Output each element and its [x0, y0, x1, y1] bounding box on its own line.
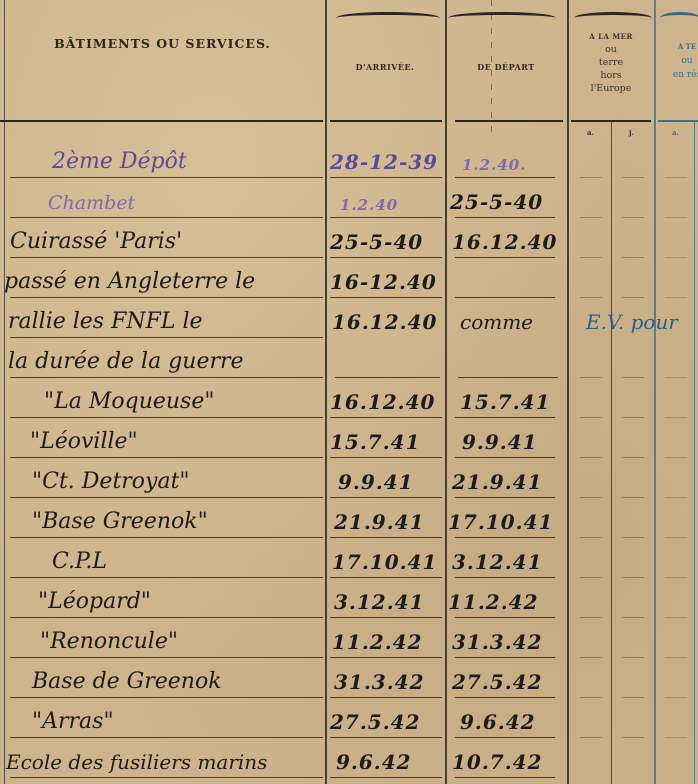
row-arrivee: 11.2.42	[332, 630, 423, 654]
header-batiments-services: BÂTIMENTS OU SERVICES.	[0, 36, 325, 51]
header-mer-line4: hors	[567, 69, 655, 82]
row-depart: 31.3.42	[452, 630, 543, 654]
header-mer-line2: ou	[567, 43, 655, 56]
record-row: "Renoncule" 11.2.42 31.3.42	[0, 618, 698, 658]
record-row: "La Moqueuse" 16.12.40 15.7.41	[0, 378, 698, 418]
row-arrivee: 1.2.40	[340, 196, 398, 214]
row-depart: 11.2.42	[448, 590, 539, 614]
row-depart: 1.2.40.	[462, 156, 526, 174]
row-service: "Ct. Detroyat"	[32, 469, 190, 494]
row-depart: 16.12.40	[452, 230, 557, 254]
header-rule-5	[658, 120, 698, 122]
row-service: "Arras"	[32, 709, 114, 734]
row-service: rallie les FNFL le	[8, 309, 203, 334]
row-service: "Base Greenok"	[32, 509, 208, 534]
row-note: E.V. pour	[586, 310, 678, 334]
row-depart: 27.5.42	[452, 670, 543, 694]
service-record-page: BÂTIMENTS OU SERVICES. D'ARRIVÉE. DE DÉP…	[0, 0, 698, 784]
header-depart: DE DÉPART	[445, 62, 567, 72]
header-terre-line1: A TE	[657, 40, 698, 54]
row-arrivee: 28-12-39	[330, 150, 438, 174]
sub-label-mer-a: a.	[587, 128, 594, 137]
row-arrivee: 25-5-40	[330, 230, 423, 254]
row-arrivee: 17.10.41	[332, 550, 437, 574]
row-arrivee: 15.7.41	[330, 430, 421, 454]
row-depart: comme	[460, 310, 533, 334]
row-depart: 9.6.42	[460, 710, 536, 734]
row-arrivee: 9.9.41	[338, 470, 414, 494]
record-row: "Base Greenok" 21.9.41 17.10.41	[0, 498, 698, 538]
header-a-la-mer: A LA MER ou terre hors l'Europe	[567, 30, 655, 95]
row-depart: 15.7.41	[460, 390, 551, 414]
row-service: C.P.L	[52, 549, 107, 574]
sub-label-mer-j: j.	[629, 128, 634, 137]
header-terre-line3: en rés	[657, 68, 698, 82]
header-rule-1	[0, 120, 323, 122]
header-brace-right	[448, 12, 556, 18]
header-mer-line3: terre	[567, 56, 655, 69]
row-service: "Léopard"	[38, 589, 151, 614]
header-rule-2	[330, 120, 442, 122]
sub-label-terre-a: a.	[672, 128, 679, 137]
record-row: C.P.L 17.10.41 3.12.41	[0, 538, 698, 578]
row-arrivee: 16-12.40	[330, 270, 437, 294]
row-arrivee: 16.12.40	[332, 310, 437, 334]
row-service: Chambet	[48, 192, 135, 214]
row-service: "Léoville"	[30, 429, 138, 454]
row-service: Ecole des fusiliers marins	[6, 750, 267, 774]
record-row: rallie les FNFL le 16.12.40 comme E.V. p…	[0, 298, 698, 338]
record-row: la durée de la guerre	[0, 338, 698, 378]
record-row: Chambet 1.2.40 25-5-40	[0, 178, 698, 218]
header-terre-line2: ou	[657, 54, 698, 68]
record-row: "Léoville" 15.7.41 9.9.41	[0, 418, 698, 458]
row-service: "La Moqueuse"	[44, 389, 214, 414]
record-row: Cuirassé 'Paris' 25-5-40 16.12.40	[0, 218, 698, 258]
row-arrivee: 3.12.41	[334, 590, 425, 614]
row-service: "Renoncule"	[40, 629, 178, 654]
row-service: Cuirassé 'Paris'	[10, 229, 182, 254]
record-row: "Léopard" 3.12.41 11.2.42	[0, 578, 698, 618]
header-mer-line5: l'Europe	[567, 82, 655, 95]
header-brace-terre	[660, 12, 698, 18]
record-row: 2ème Dépôt 28-12-39 1.2.40.	[0, 138, 698, 178]
row-service: Base de Greenok	[32, 669, 222, 694]
header-a-terre: A TE ou en rés	[657, 40, 698, 82]
row-depart: 3.12.41	[452, 550, 543, 574]
row-depart: 10.7.42	[452, 750, 543, 774]
row-service: passé en Angleterre le	[4, 269, 255, 294]
header-brace-left	[336, 12, 440, 18]
row-depart: 21.9.41	[452, 470, 543, 494]
row-depart: 25-5-40	[450, 190, 543, 214]
header-mer-line1: A LA MER	[567, 30, 655, 43]
row-arrivee: 31.3.42	[334, 670, 425, 694]
row-depart: 9.9.41	[462, 430, 538, 454]
row-arrivee: 9.6.42	[336, 750, 412, 774]
record-row: passé en Angleterre le 16-12.40	[0, 258, 698, 298]
row-service: la durée de la guerre	[8, 349, 244, 374]
row-arrivee: 21.9.41	[334, 510, 425, 534]
record-row: "Ct. Detroyat" 9.9.41 21.9.41	[0, 458, 698, 498]
record-row: "Arras" 27.5.42 9.6.42	[0, 698, 698, 738]
row-arrivee: 27.5.42	[330, 710, 421, 734]
header-rule-3	[455, 120, 563, 122]
header-arrivee: D'ARRIVÉE.	[325, 62, 445, 72]
row-service: 2ème Dépôt	[52, 149, 187, 174]
row-depart: 17.10.41	[448, 510, 553, 534]
row-arrivee: 16.12.40	[330, 390, 435, 414]
record-row: Base de Greenok 31.3.42 27.5.42	[0, 658, 698, 698]
record-row: Ecole des fusiliers marins 9.6.42 10.7.4…	[0, 738, 698, 778]
header-rule-4	[571, 120, 651, 122]
header-brace-mer	[574, 12, 652, 18]
